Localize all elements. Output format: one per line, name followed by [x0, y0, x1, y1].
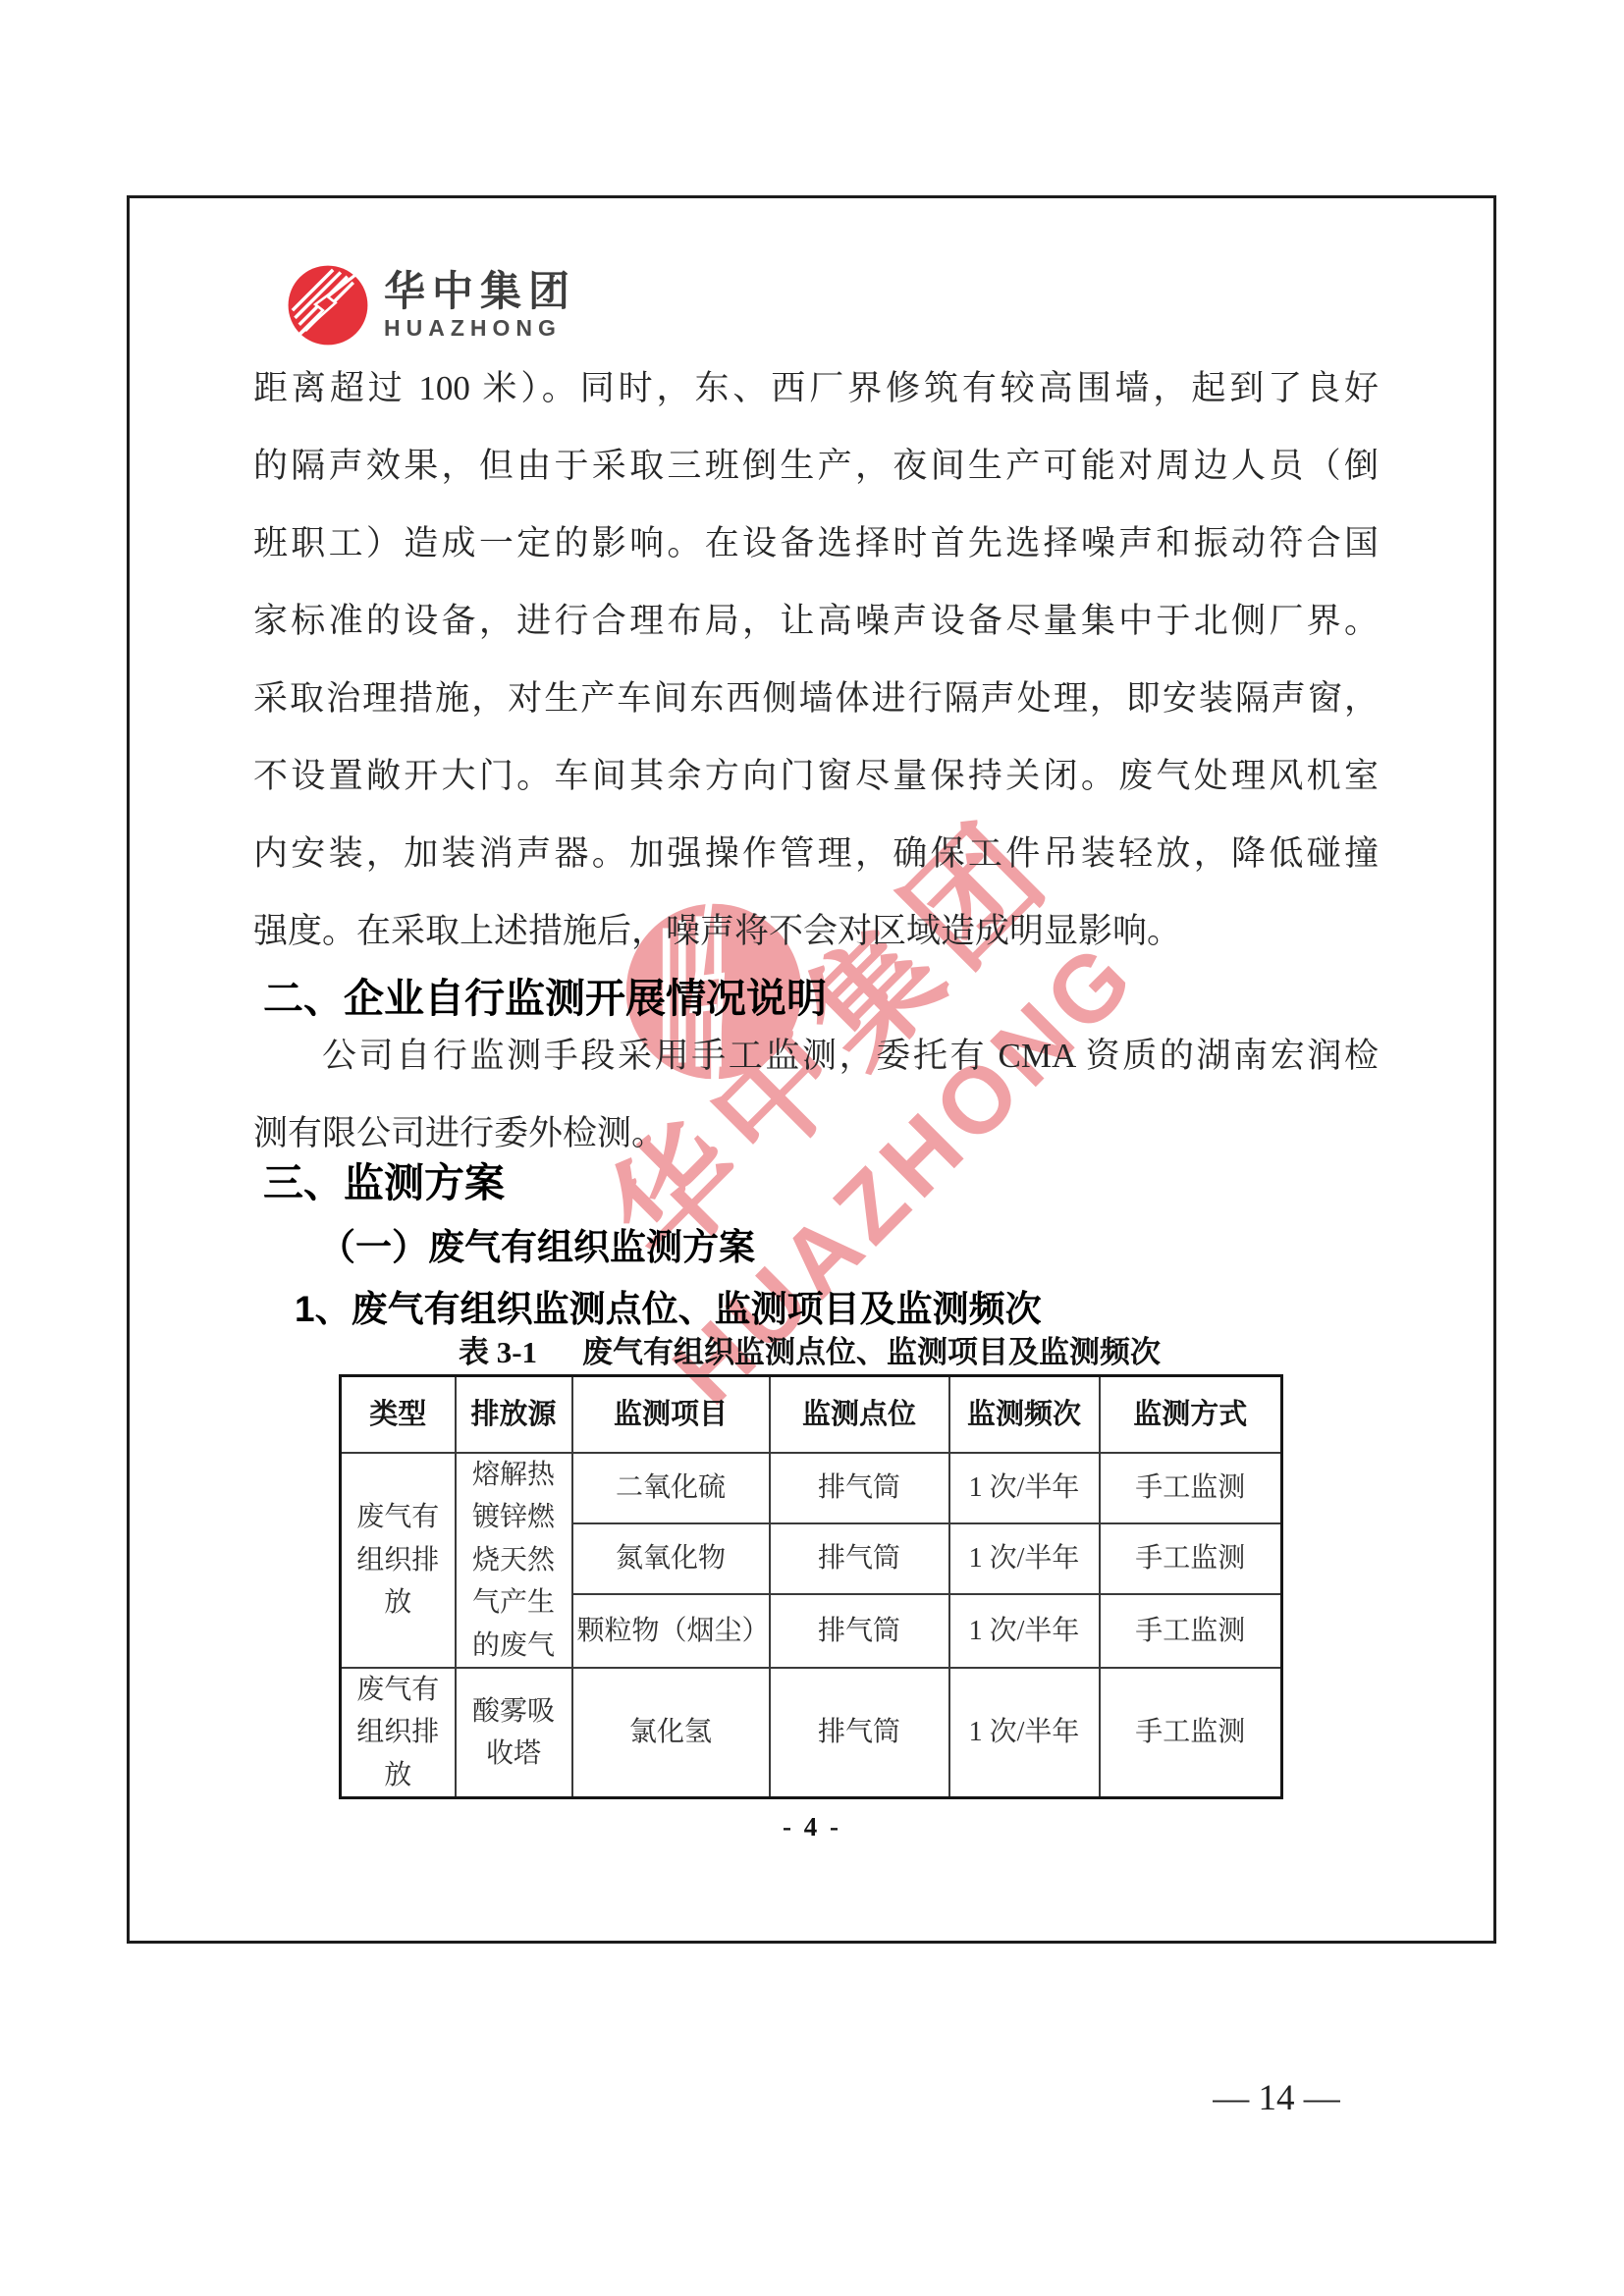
paragraph-line: 家标准的设备，进行合理布局，让高噪声设备尽量集中于北侧厂界。: [253, 582, 1379, 660]
company-logo-icon: [286, 263, 370, 347]
paragraph-line: 采取治理措施，对生产车间东西侧墙体进行隔声处理，即安装隔声窗，: [253, 660, 1379, 737]
col-header-point: 监测点位: [770, 1376, 949, 1454]
cell-method: 手工监测: [1100, 1523, 1282, 1594]
page-content: 华中集团 HUAZHONG 距离超过 100 米）。同时，东、西厂界修筑有较高围…: [0, 0, 1624, 2296]
col-header-method: 监测方式: [1100, 1376, 1282, 1454]
cell-method: 手工监测: [1100, 1453, 1282, 1523]
paragraph-line: 公司自行监测手段采用手工监测，委托有 CMA 资质的湖南宏润检: [253, 1017, 1379, 1095]
table-caption-label: 表 3-1: [459, 1327, 537, 1371]
cell-item: 氯化氢: [572, 1668, 770, 1798]
col-header-source: 排放源: [456, 1376, 572, 1454]
monitoring-table: 类型 排放源 监测项目 监测点位 监测频次 监测方式 废气有组织排放 熔解热镀锌…: [339, 1374, 1283, 1799]
paragraph-line: 不设置敞开大门。车间其余方向门窗尽量保持关闭。废气处理风机室: [253, 737, 1379, 815]
table-header-row: 类型 排放源 监测项目 监测点位 监测频次 监测方式: [341, 1376, 1282, 1454]
document-page: 华中集团 HUAZHONG 华中集团 HUAZHONG 距离超过 100 米）。…: [0, 0, 1624, 2296]
section-3-sub-heading-2: 1、废气有组织监测点位、监测项目及监测频次: [295, 1279, 1042, 1332]
col-header-frequency: 监测频次: [949, 1376, 1100, 1454]
cell-item: 二氧化硫: [572, 1453, 770, 1523]
company-logo-names: 华中集团 HUAZHONG: [384, 269, 576, 342]
cell-point: 排气筒: [770, 1668, 949, 1798]
table-row: 废气有组织排放 熔解热镀锌燃烧天然气产生的废气 二氧化硫 排气筒 1 次/半年 …: [341, 1453, 1282, 1523]
noise-paragraph: 距离超过 100 米）。同时，东、西厂界修筑有较高围墙，起到了良好 的隔声效果，…: [253, 349, 1379, 970]
col-header-item: 监测项目: [572, 1376, 770, 1454]
cell-frequency: 1 次/半年: [949, 1594, 1100, 1668]
cell-type: 废气有组织排放: [341, 1668, 456, 1798]
section-3-sub-heading-1: （一）废气有组织监测方案: [319, 1217, 755, 1270]
section-2-heading: 二、企业自行监测开展情况说明: [263, 966, 827, 1024]
table-caption: 表 3-1 废气有组织监测点位、监测项目及监测频次: [339, 1327, 1280, 1371]
col-header-type: 类型: [341, 1376, 456, 1454]
cell-point: 排气筒: [770, 1453, 949, 1523]
company-name-en: HUAZHONG: [384, 314, 576, 342]
paragraph-line: 距离超过 100 米）。同时，东、西厂界修筑有较高围墙，起到了良好: [253, 349, 1379, 427]
cell-method: 手工监测: [1100, 1594, 1282, 1668]
inner-page-number: - 4 -: [0, 1812, 1624, 1842]
cell-point: 排气筒: [770, 1594, 949, 1668]
table-caption-title: 废气有组织监测点位、监测项目及监测频次: [582, 1327, 1161, 1371]
cell-source: 熔解热镀锌燃烧天然气产生的废气: [456, 1453, 572, 1668]
paragraph-line: 的隔声效果，但由于采取三班倒生产，夜间生产可能对周边人员（倒: [253, 427, 1379, 505]
cell-type: 废气有组织排放: [341, 1453, 456, 1668]
company-logo: 华中集团 HUAZHONG: [286, 263, 576, 347]
section-3-heading: 三、监测方案: [263, 1150, 505, 1208]
paragraph-line: 强度。在采取上述措施后，噪声将不会对区域造成明显影响。: [253, 892, 1379, 970]
cell-item: 颗粒物（烟尘）: [572, 1594, 770, 1668]
outer-page-number: — 14 —: [1119, 2077, 1434, 2119]
cell-frequency: 1 次/半年: [949, 1668, 1100, 1798]
cell-item: 氮氧化物: [572, 1523, 770, 1594]
paragraph-line: 内安装，加装消声器。加强操作管理，确保工件吊装轻放，降低碰撞: [253, 815, 1379, 892]
company-name-cn: 华中集团: [384, 269, 576, 314]
cell-frequency: 1 次/半年: [949, 1453, 1100, 1523]
cell-point: 排气筒: [770, 1523, 949, 1594]
table-row: 废气有组织排放 酸雾吸收塔 氯化氢 排气筒 1 次/半年 手工监测: [341, 1668, 1282, 1798]
cell-method: 手工监测: [1100, 1668, 1282, 1798]
cell-source: 酸雾吸收塔: [456, 1668, 572, 1798]
paragraph-line: 班职工）造成一定的影响。在设备选择时首先选择噪声和振动符合国: [253, 505, 1379, 582]
section-2-paragraph: 公司自行监测手段采用手工监测，委托有 CMA 资质的湖南宏润检 测有限公司进行委…: [253, 1017, 1379, 1172]
cell-frequency: 1 次/半年: [949, 1523, 1100, 1594]
